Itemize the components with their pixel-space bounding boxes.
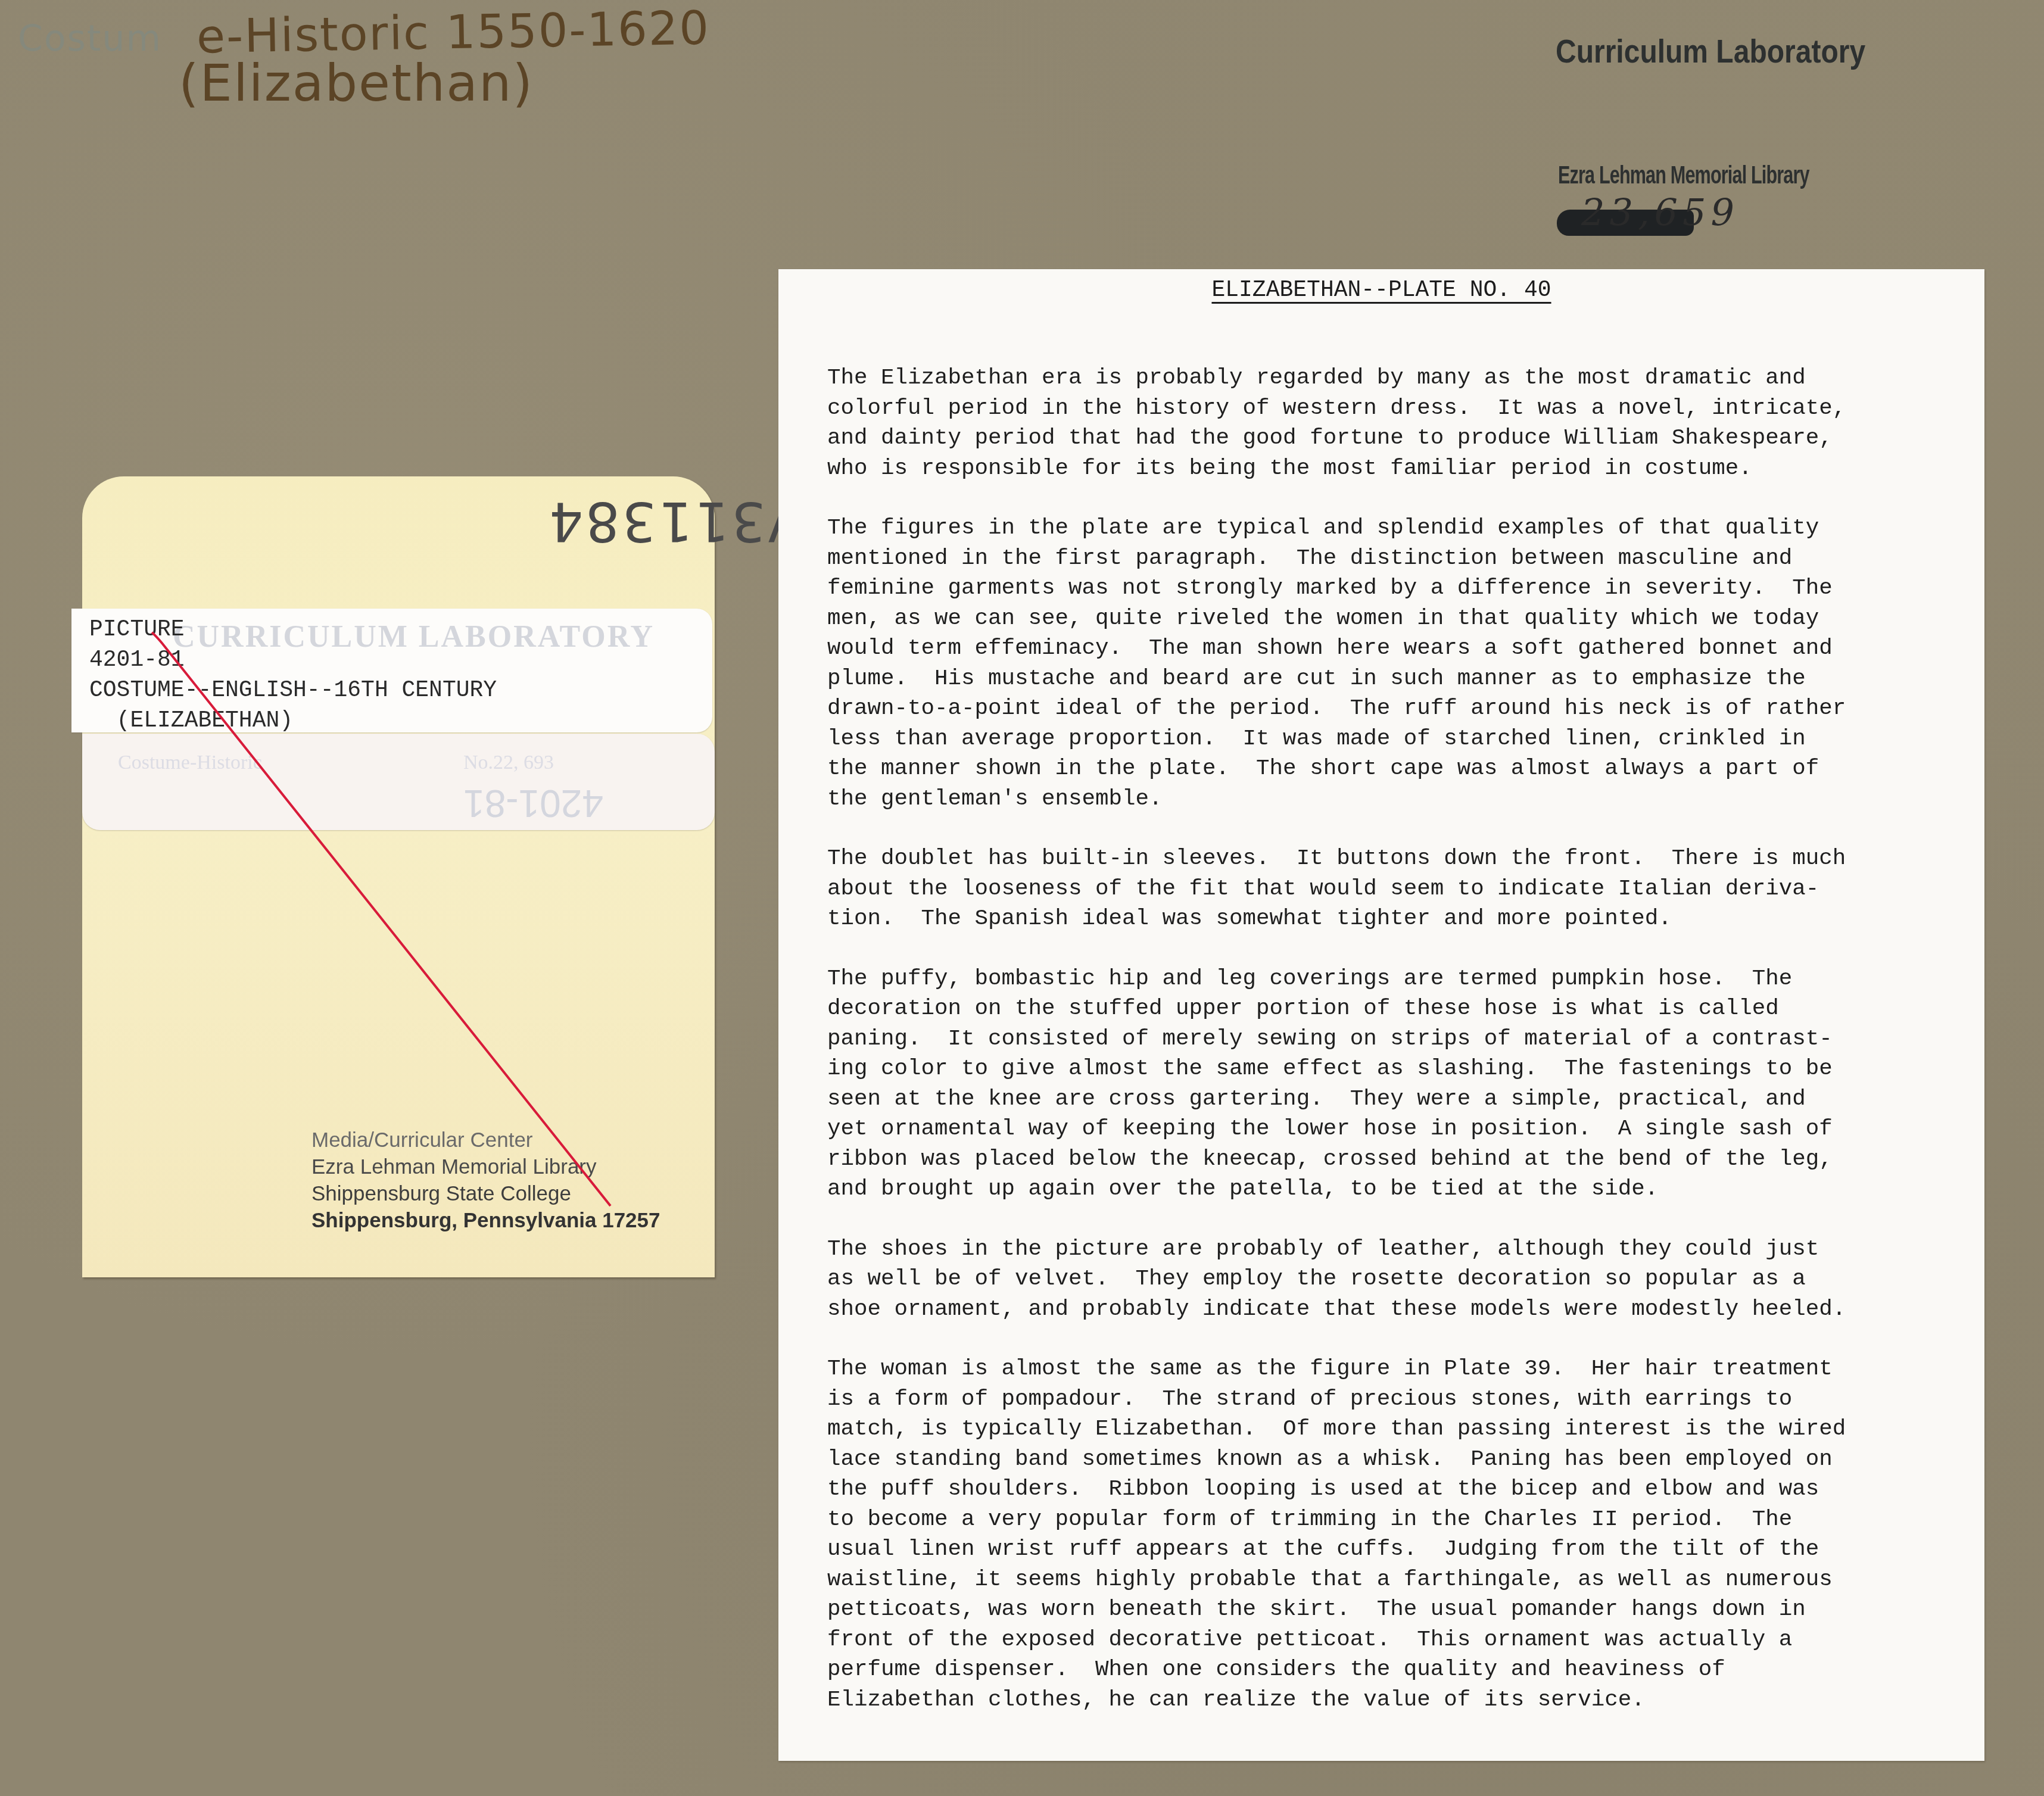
handwritten-faint-prefix: Costum bbox=[18, 18, 162, 60]
address-line-2: Ezra Lehman Memorial Library bbox=[311, 1153, 660, 1180]
paragraph-doublet: The doublet has built-in sleeves. It but… bbox=[827, 844, 1977, 934]
card-line-type: PICTURE bbox=[89, 617, 185, 643]
card-back-ghost-number: No.22, 693 bbox=[463, 752, 554, 774]
handwritten-period-label: (Elizabethan) bbox=[179, 54, 534, 113]
plate-title-text: ELIZABETHAN--PLATE NO. 40 bbox=[1211, 277, 1551, 303]
card-line-subject: COSTUME--ENGLISH--16TH CENTURY bbox=[89, 678, 497, 703]
paragraph-woman: The woman is almost the same as the figu… bbox=[827, 1354, 1977, 1715]
sheet-body: The Elizabethan era is probably regarded… bbox=[827, 363, 1977, 1745]
catalog-card-text: PICTURE 4201-81 COSTUME--ENGLISH--16TH C… bbox=[89, 615, 497, 736]
paragraph-figures: The figures in the plate are typical and… bbox=[827, 513, 1977, 814]
paragraph-shoes: The shoes in the picture are probably of… bbox=[827, 1234, 1977, 1325]
catalog-card-back[interactable]: Costume-Historic No.22, 693 4201-81 bbox=[82, 734, 715, 830]
paragraph-intro: The Elizabethan era is probably regarded… bbox=[827, 363, 1977, 484]
card-line-call-number: 4201-81 bbox=[89, 647, 185, 673]
address-line-4: Shippensburg, Pennsylvania 17257 bbox=[311, 1207, 660, 1234]
library-name-stamp: Ezra Lehman Memorial Library bbox=[1558, 160, 1809, 189]
envelope-handwritten-code: V311384 bbox=[547, 489, 805, 552]
card-back-ghost-call-number: 4201-81 bbox=[463, 781, 603, 825]
mounting-board: Costum e-Historic 1550-1620 (Elizabethan… bbox=[0, 0, 2044, 1796]
typed-description-sheet: ELIZABETHAN--PLATE NO. 40 The Elizabetha… bbox=[778, 269, 1984, 1761]
address-line-1: Media/Curricular Center bbox=[311, 1127, 660, 1153]
plate-title: ELIZABETHAN--PLATE NO. 40 bbox=[778, 277, 1984, 303]
envelope-address-stamp: Media/Curricular Center Ezra Lehman Memo… bbox=[311, 1127, 660, 1234]
paragraph-hose: The puffy, bombastic hip and leg coverin… bbox=[827, 964, 1977, 1205]
address-line-3: Shippensburg State College bbox=[311, 1180, 660, 1207]
picture-envelope[interactable]: V311384 Costume-Historic No.22, 693 4201… bbox=[82, 476, 715, 1277]
catalog-card-front[interactable]: CURRICULUM LABORATORY PICTURE 4201-81 CO… bbox=[71, 609, 712, 732]
accession-number: 23,659 bbox=[1581, 191, 1739, 234]
curriculum-laboratory-stamp: Curriculum Laboratory bbox=[1556, 33, 1865, 71]
card-back-ghost-subject: Costume-Historic bbox=[118, 752, 262, 774]
card-line-subject-qualifier: (ELIZABETHAN) bbox=[89, 708, 293, 734]
